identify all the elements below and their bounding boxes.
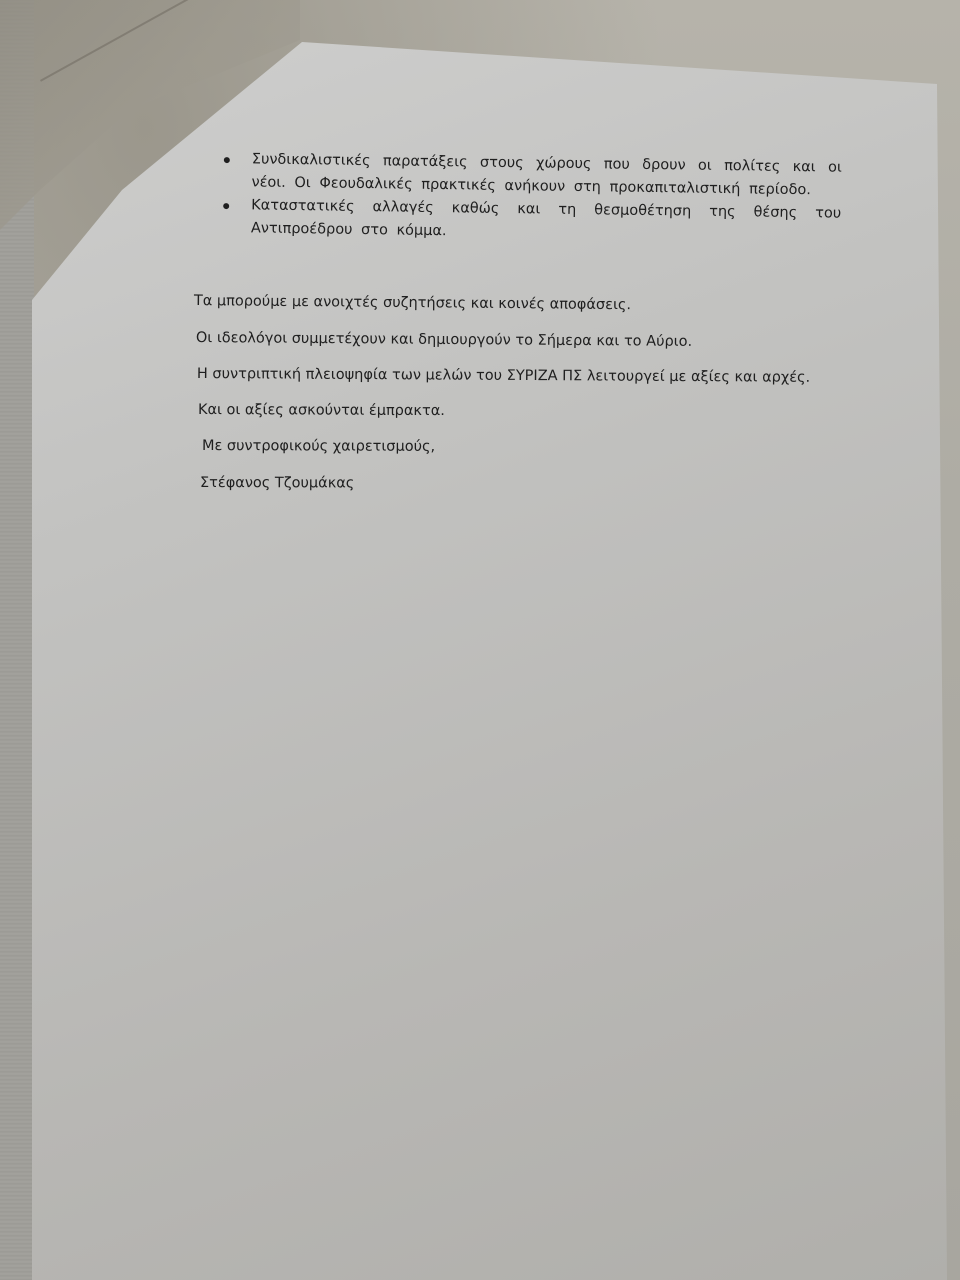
bullet-text: Καταστατικές αλλαγές καθώς και τη θεσμοθ… (251, 197, 841, 239)
letter-document: Συνδικαλιστικές παρατάξεις στους χώρους … (0, 0, 960, 1280)
bullet-dot-icon (224, 157, 230, 163)
paragraph: Τα μπορούμε με ανοιχτές συζητήσεις και κ… (194, 292, 631, 314)
paragraph: Οι ιδεολόγοι συμμετέχουν και δημιουργούν… (196, 329, 692, 351)
signature: Στέφανος Τζουμάκας (200, 474, 354, 492)
bullet-text: Συνδικαλιστικές παρατάξεις στους χώρους … (251, 151, 841, 198)
paragraph: Και οι αξίες ασκούνται έμπρακτα. (198, 401, 445, 420)
bullet-dot-icon (223, 203, 229, 209)
bullet-list: Συνδικαλιστικές παρατάξεις στους χώρους … (221, 148, 842, 249)
paragraph: Η συντριπτική πλειοψηφία των μελών του Σ… (197, 365, 810, 387)
closing-salutation: Με συντροφικούς χαιρετισμούς, (202, 437, 435, 456)
bullet-item: Καταστατικές αλλαγές καθώς και τη θεσμοθ… (221, 194, 842, 249)
